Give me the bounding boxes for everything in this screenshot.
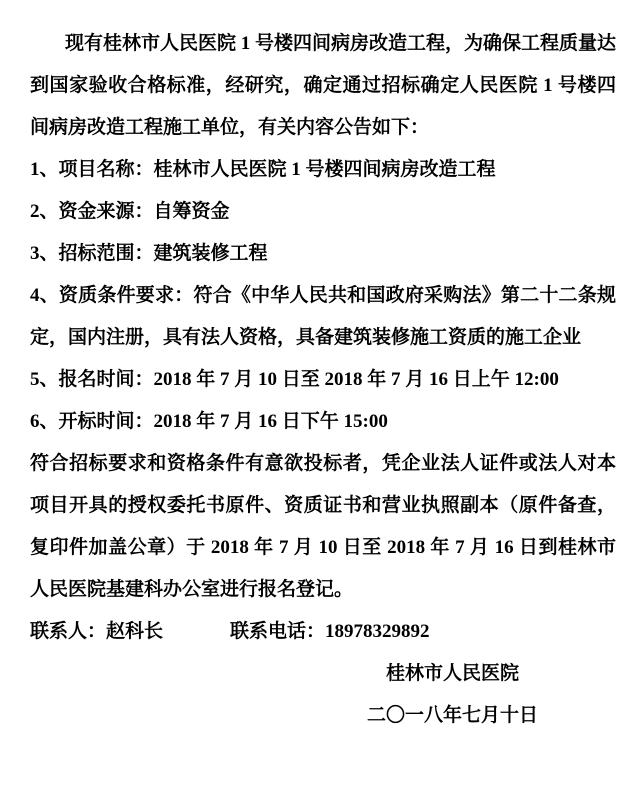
item-bid-opening-time-value: 2018 年 7 月 16 日下午 15:00 (154, 411, 388, 432)
announcement-document: 现有桂林市人民医院 1 号楼四间病房改造工程，为确保工程质量达到国家验收合格标准… (0, 0, 644, 791)
contact-person-label: 联系人： (30, 621, 106, 642)
item-qualification-requirements: 4、资质条件要求：符合《中华人民共和国政府采购法》第二十二条规定，国内注册，具有… (30, 275, 616, 359)
signature-block: 桂林市人民医院 二〇一八年七月十日 (367, 653, 538, 737)
item-funding-source-label: 2、资金来源： (30, 201, 154, 222)
intro-paragraph: 现有桂林市人民医院 1 号楼四间病房改造工程，为确保工程质量达到国家验收合格标准… (30, 23, 616, 149)
contact-person-name: 赵科长 (106, 621, 163, 642)
item-project-name: 1、项目名称：桂林市人民医院 1 号楼四间病房改造工程 (30, 149, 616, 191)
contact-phone-label: 联系电话： (230, 621, 325, 642)
item-registration-time-label: 5、报名时间： (30, 369, 154, 390)
registration-instructions-paragraph: 符合招标要求和资格条件有意欲投标者，凭企业法人证件或法人对本项目开具的授权委托书… (30, 443, 616, 611)
item-project-name-label: 1、项目名称： (30, 159, 154, 180)
item-registration-time: 5、报名时间：2018 年 7 月 10 日至 2018 年 7 月 16 日上… (30, 359, 616, 401)
item-bidding-scope: 3、招标范围：建筑装修工程 (30, 233, 616, 275)
signature-date: 二〇一八年七月十日 (367, 695, 538, 737)
item-qualification-requirements-label: 4、资质条件要求： (30, 285, 193, 306)
signature-organization: 桂林市人民医院 (367, 653, 538, 695)
item-registration-time-value: 2018 年 7 月 10 日至 2018 年 7 月 16 日上午 12:00 (154, 369, 559, 390)
item-bidding-scope-label: 3、招标范围： (30, 243, 154, 264)
item-bid-opening-time: 6、开标时间：2018 年 7 月 16 日下午 15:00 (30, 401, 616, 443)
contact-line: 联系人：赵科长联系电话：18978329892 (30, 611, 616, 653)
item-bidding-scope-value: 建筑装修工程 (154, 243, 268, 264)
item-funding-source-value: 自筹资金 (154, 201, 230, 222)
item-funding-source: 2、资金来源：自筹资金 (30, 191, 616, 233)
contact-phone-number: 18978329892 (325, 621, 430, 642)
item-bid-opening-time-label: 6、开标时间： (30, 411, 154, 432)
item-project-name-value: 桂林市人民医院 1 号楼四间病房改造工程 (154, 159, 496, 180)
